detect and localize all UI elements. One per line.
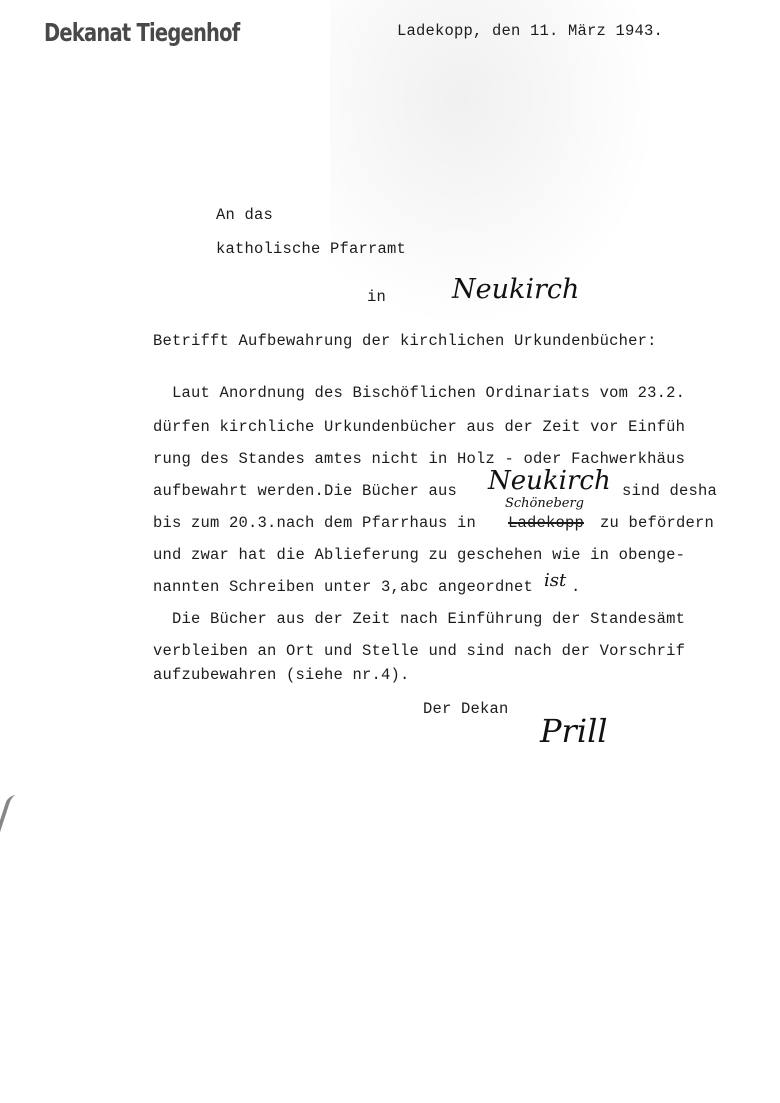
body-line-9: verbleiben an Ort und Stelle und sind na… xyxy=(153,642,685,660)
margin-pencil-mark xyxy=(0,795,28,845)
body-line-7-handwritten: ist xyxy=(544,570,566,591)
recipient-line-1: An das xyxy=(216,206,273,224)
body-line-7-tail: . xyxy=(571,578,581,596)
body-line-5-tail: zu befördern xyxy=(600,514,714,532)
place-date: Ladekopp, den 11. März 1943. xyxy=(397,22,663,40)
body-line-4: aufbewahrt werden.Die Bücher aus xyxy=(153,482,457,500)
subject-line: Betrifft Aufbewahrung der kirchlichen Ur… xyxy=(153,332,657,350)
body-line-6: und zwar hat die Ablieferung zu geschehe… xyxy=(153,546,685,564)
closing-title: Der Dekan xyxy=(423,700,509,718)
dekanat-stamp: Dekanat Tiegenhof xyxy=(44,18,239,47)
body-line-4-tail: sind desha xyxy=(622,482,717,500)
recipient-place-handwritten: Neukirch xyxy=(452,274,579,305)
body-line-2: dürfen kirchliche Urkundenbücher aus der… xyxy=(153,418,685,436)
body-line-5-struck-word: Ladekopp xyxy=(508,514,584,532)
recipient-in-label: in xyxy=(367,288,386,306)
body-line-4-handwritten: Neukirch xyxy=(488,466,611,496)
body-line-8: Die Bücher aus der Zeit nach Einführung … xyxy=(153,610,685,628)
body-line-1: Laut Anordnung des Bischöflichen Ordinar… xyxy=(153,384,685,402)
signature: Prill xyxy=(540,712,608,750)
recipient-line-2: katholische Pfarramt xyxy=(216,240,406,258)
body-line-7: nannten Schreiben unter 3,abc angeordnet xyxy=(153,578,533,596)
body-line-10: aufzubewahren (siehe nr.4). xyxy=(153,666,410,684)
body-line-5-handwritten-insert: Schöneberg xyxy=(505,496,584,511)
body-line-5: bis zum 20.3.nach dem Pfarrhaus in xyxy=(153,514,476,532)
